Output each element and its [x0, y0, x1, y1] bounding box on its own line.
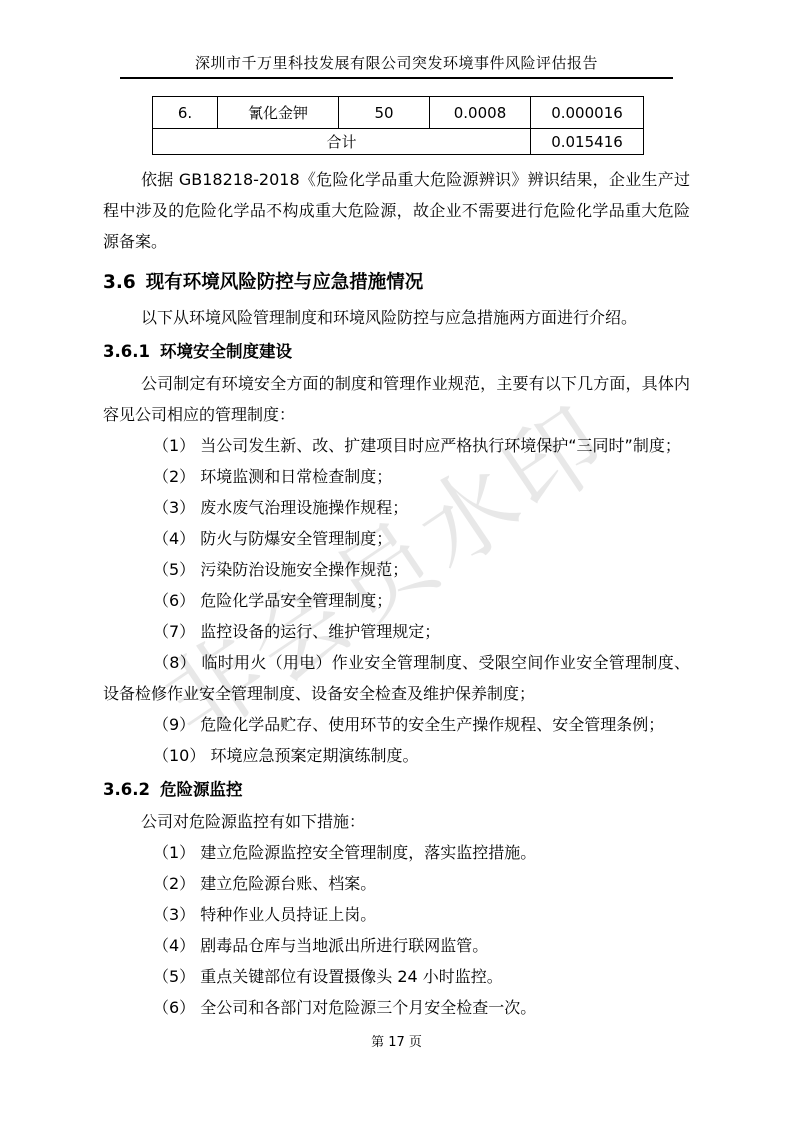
paragraph-3-6-2-intro: 公司对危险源监控有如下措施： [103, 806, 690, 837]
paragraph-3-6-intro: 以下从环境风险管理制度和环境风险防控与应急措施两方面进行介绍。 [103, 302, 690, 333]
page-header: 深圳市千万里科技发展有限公司突发环境事件风险评估报告 [103, 0, 690, 79]
list-item: （3） 特种作业人员持证上岗。 [103, 899, 690, 930]
heading-3-6-2: 3.6.2危险源监控 [103, 778, 690, 802]
heading-3-6-1: 3.6.1环境安全制度建设 [103, 340, 690, 364]
table-cell-chemical: 氰化金钾 [218, 97, 339, 129]
hazard-source-table: 6. 氰化金钾 50 0.0008 0.000016 合计 0.015416 [152, 96, 644, 155]
heading-3-6: 3.6现有环境风险防控与应急措施情况 [103, 270, 690, 296]
table-cell-quantity: 50 [339, 97, 430, 129]
table-cell-value1: 0.0008 [430, 97, 531, 129]
page-footer: 第 17 页 [0, 1031, 793, 1050]
table-cell-value2: 0.000016 [531, 97, 644, 129]
list-item: （4） 剧毒品仓库与当地派出所进行联网监管。 [103, 930, 690, 961]
heading-3-6-number: 3.6 [103, 272, 136, 293]
list-item: （6） 全公司和各部门对危险源三个月安全检查一次。 [103, 992, 690, 1023]
paragraph-3-6-1-intro: 公司制定有环境安全方面的制度和管理作业规范，主要有以下几方面，具体内容见公司相应… [103, 368, 690, 430]
table-row: 6. 氰化金钾 50 0.0008 0.000016 [153, 97, 644, 129]
list-item: （2） 环境监测和日常检查制度； [103, 461, 690, 492]
heading-3-6-title: 现有环境风险防控与应急措施情况 [146, 272, 424, 293]
list-item: （1） 建立危险源监控安全管理制度，落实监控措施。 [103, 837, 690, 868]
list-item: （2） 建立危险源台账、档案。 [103, 868, 690, 899]
heading-3-6-1-number: 3.6.1 [103, 342, 150, 361]
list-item: （8） 临时用火（用电）作业安全管理制度、受限空间作业安全管理制度、设备检修作业… [103, 647, 690, 709]
document-content: 深圳市千万里科技发展有限公司突发环境事件风险评估报告 6. 氰化金钾 50 0.… [0, 0, 793, 1023]
list-item: （3） 废水废气治理设施操作规程； [103, 492, 690, 523]
table-total-label: 合计 [153, 129, 531, 155]
heading-3-6-2-title: 危险源监控 [160, 780, 243, 799]
list-item: （10） 环境应急预案定期演练制度。 [103, 740, 690, 771]
list-item: （4） 防火与防爆安全管理制度； [103, 523, 690, 554]
paragraph-conclusion: 依据 GB18218-2018《危险化学品重大危险源辨识》辨识结果，企业生产过程… [103, 164, 690, 257]
page-number: 第 17 页 [371, 1035, 422, 1050]
list-item: （6） 危险化学品安全管理制度； [103, 585, 690, 616]
heading-3-6-2-number: 3.6.2 [103, 780, 150, 799]
list-item: （5） 重点关键部位有设置摄像头 24 小时监控。 [103, 961, 690, 992]
table-total-row: 合计 0.015416 [153, 129, 644, 155]
heading-3-6-1-title: 环境安全制度建设 [160, 342, 292, 361]
list-item: （7） 监控设备的运行、维护管理规定； [103, 616, 690, 647]
header-title: 深圳市千万里科技发展有限公司突发环境事件风险评估报告 [103, 52, 690, 74]
table-total-value: 0.015416 [531, 129, 644, 155]
list-item: （9） 危险化学品贮存、使用环节的安全生产操作规程、安全管理条例； [103, 709, 690, 740]
document-page: 非会员水印 深圳市千万里科技发展有限公司突发环境事件风险评估报告 6. 氰化金钾… [0, 0, 793, 1122]
list-item: （5） 污染防治设施安全操作规范； [103, 554, 690, 585]
list-item: （1） 当公司发生新、改、扩建项目时应严格执行环境保护“三同时”制度； [103, 430, 690, 461]
header-rule [120, 77, 673, 79]
table-cell-index: 6. [153, 97, 218, 129]
